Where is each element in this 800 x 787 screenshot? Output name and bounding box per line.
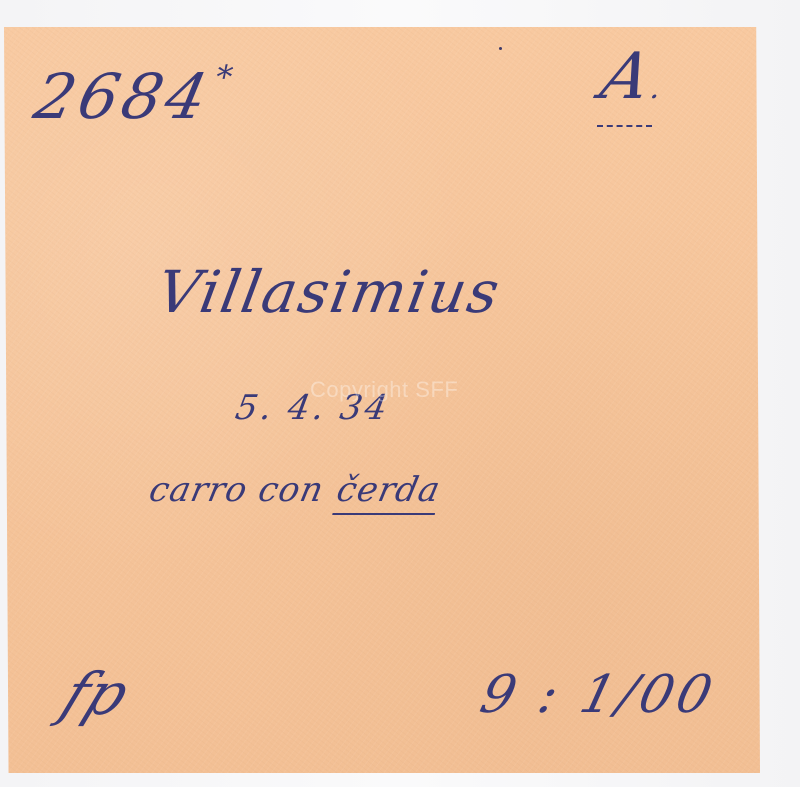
caption-prefix: carro con — [146, 470, 328, 510]
place-name: Villasimius — [152, 258, 506, 326]
scanned-card: 2684* A. Villasimius 5. 4. 34 Copyright … — [0, 0, 800, 787]
catalog-number-value: 2684 — [28, 60, 217, 133]
copyright-watermark: Copyright SFF — [310, 377, 458, 403]
ink-speck — [499, 47, 502, 50]
caption: carro cončerda — [146, 470, 444, 510]
caption-underlined-word: čerda — [333, 470, 444, 510]
catalog-number: 2684* — [28, 60, 239, 133]
series-letter-underline — [597, 125, 652, 129]
ink-speck — [441, 300, 443, 302]
ratio-note: 9 : 1/00 — [475, 665, 722, 725]
